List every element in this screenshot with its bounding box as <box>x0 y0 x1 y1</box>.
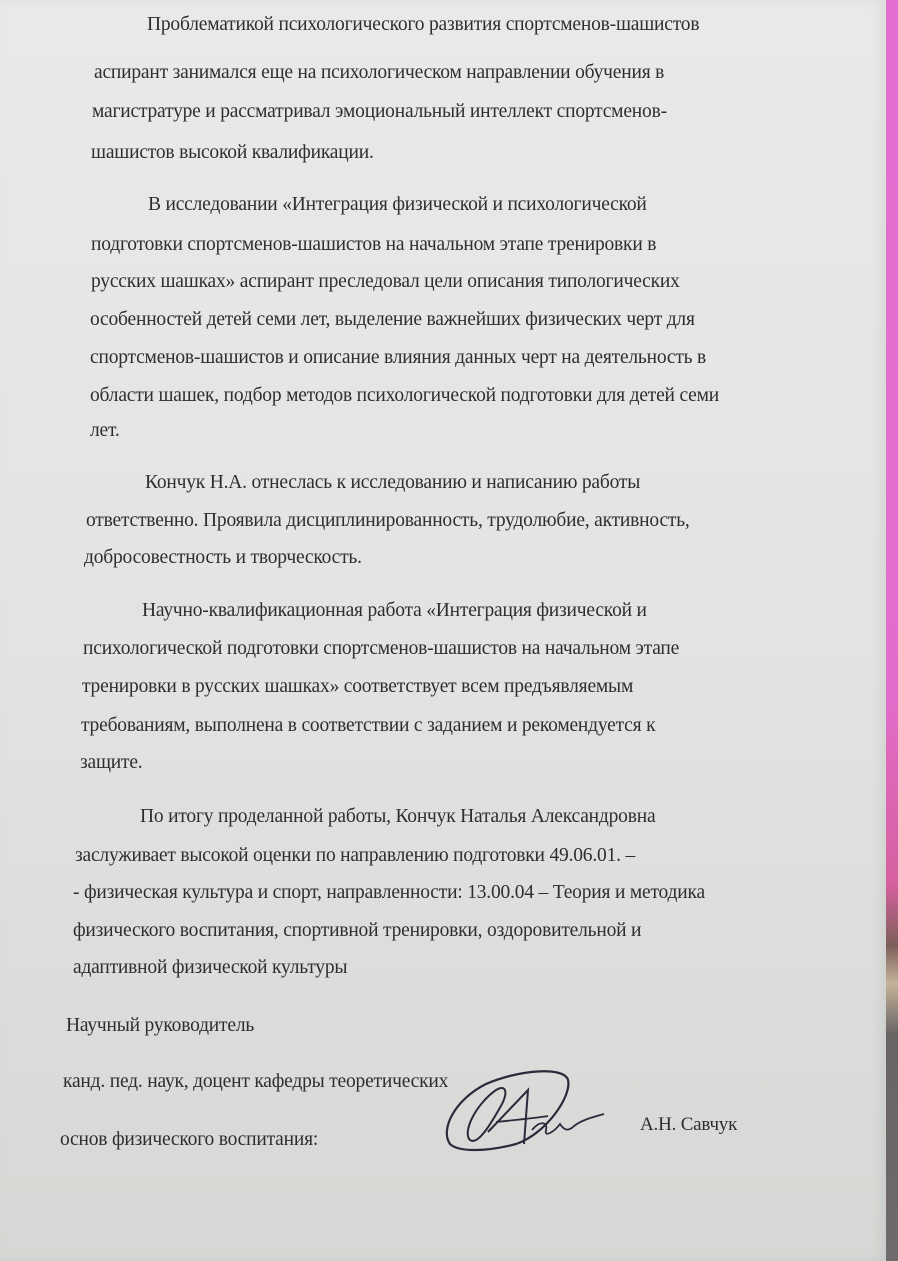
paragraph-4-line-3: тренировки в русских шашках» соответству… <box>82 676 633 698</box>
paragraph-5-line-5: адаптивной физической культуры <box>73 957 347 979</box>
paragraph-2-line-2: подготовки спортсменов-шашистов на начал… <box>91 234 656 256</box>
paragraph-5-line-4: физического воспитания, спортивной трени… <box>73 920 641 942</box>
paragraph-2-line-1: В исследовании «Интеграция физической и … <box>148 194 647 216</box>
paragraph-3-line-1: Кончук Н.А. отнеслась к исследованию и н… <box>145 472 640 494</box>
paragraph-3-line-2: ответственно. Проявила дисциплинированно… <box>86 510 690 532</box>
paragraph-5-line-1: По итогу проделанной работы, Кончук Ната… <box>140 806 655 828</box>
paragraph-3-line-3: добросовестность и творческость. <box>84 547 362 569</box>
background-edge <box>886 0 898 1261</box>
paragraph-1-line-1: Проблематикой психологического развития … <box>147 14 699 36</box>
paragraph-4-line-4: требованиям, выполнена в соответствии с … <box>81 715 655 737</box>
signature-title-line-2: основ физического воспитания: <box>60 1129 318 1151</box>
signature-role: Научный руководитель <box>66 1015 254 1037</box>
document-page: Проблематикой психологического развития … <box>0 0 886 1261</box>
paragraph-1-line-2: аспирант занимался еще на психологическо… <box>94 62 664 84</box>
paragraph-2-line-5: спортсменов-шашистов и описание влияния … <box>90 347 706 369</box>
paragraph-5-line-3: - физическая культура и спорт, направлен… <box>73 882 705 904</box>
paragraph-1-line-4: шашистов высокой квалификации. <box>91 142 374 164</box>
paragraph-2-line-3: русских шашках» аспирант преследовал цел… <box>91 271 680 293</box>
paragraph-4-line-2: психологической подготовки спортсменов-ш… <box>83 638 679 660</box>
signature-name: А.Н. Савчук <box>640 1114 737 1136</box>
paragraph-4-line-5: защите. <box>80 752 142 774</box>
signature-title-line-1: канд. пед. наук, доцент кафедры теоретич… <box>63 1071 448 1093</box>
paragraph-2-line-7: лет. <box>90 420 120 442</box>
paragraph-1-line-3: магистратуре и рассматривал эмоциональны… <box>92 101 667 123</box>
paragraph-2-line-4: особенностей детей семи лет, выделение в… <box>90 309 695 331</box>
handwritten-signature-icon <box>436 1060 636 1160</box>
paragraph-4-line-1: Научно-квалификационная работа «Интеграц… <box>142 600 647 622</box>
paragraph-2-line-6: области шашек, подбор методов психологич… <box>90 385 719 407</box>
paragraph-5-line-2: заслуживает высокой оценки по направлени… <box>75 845 635 867</box>
